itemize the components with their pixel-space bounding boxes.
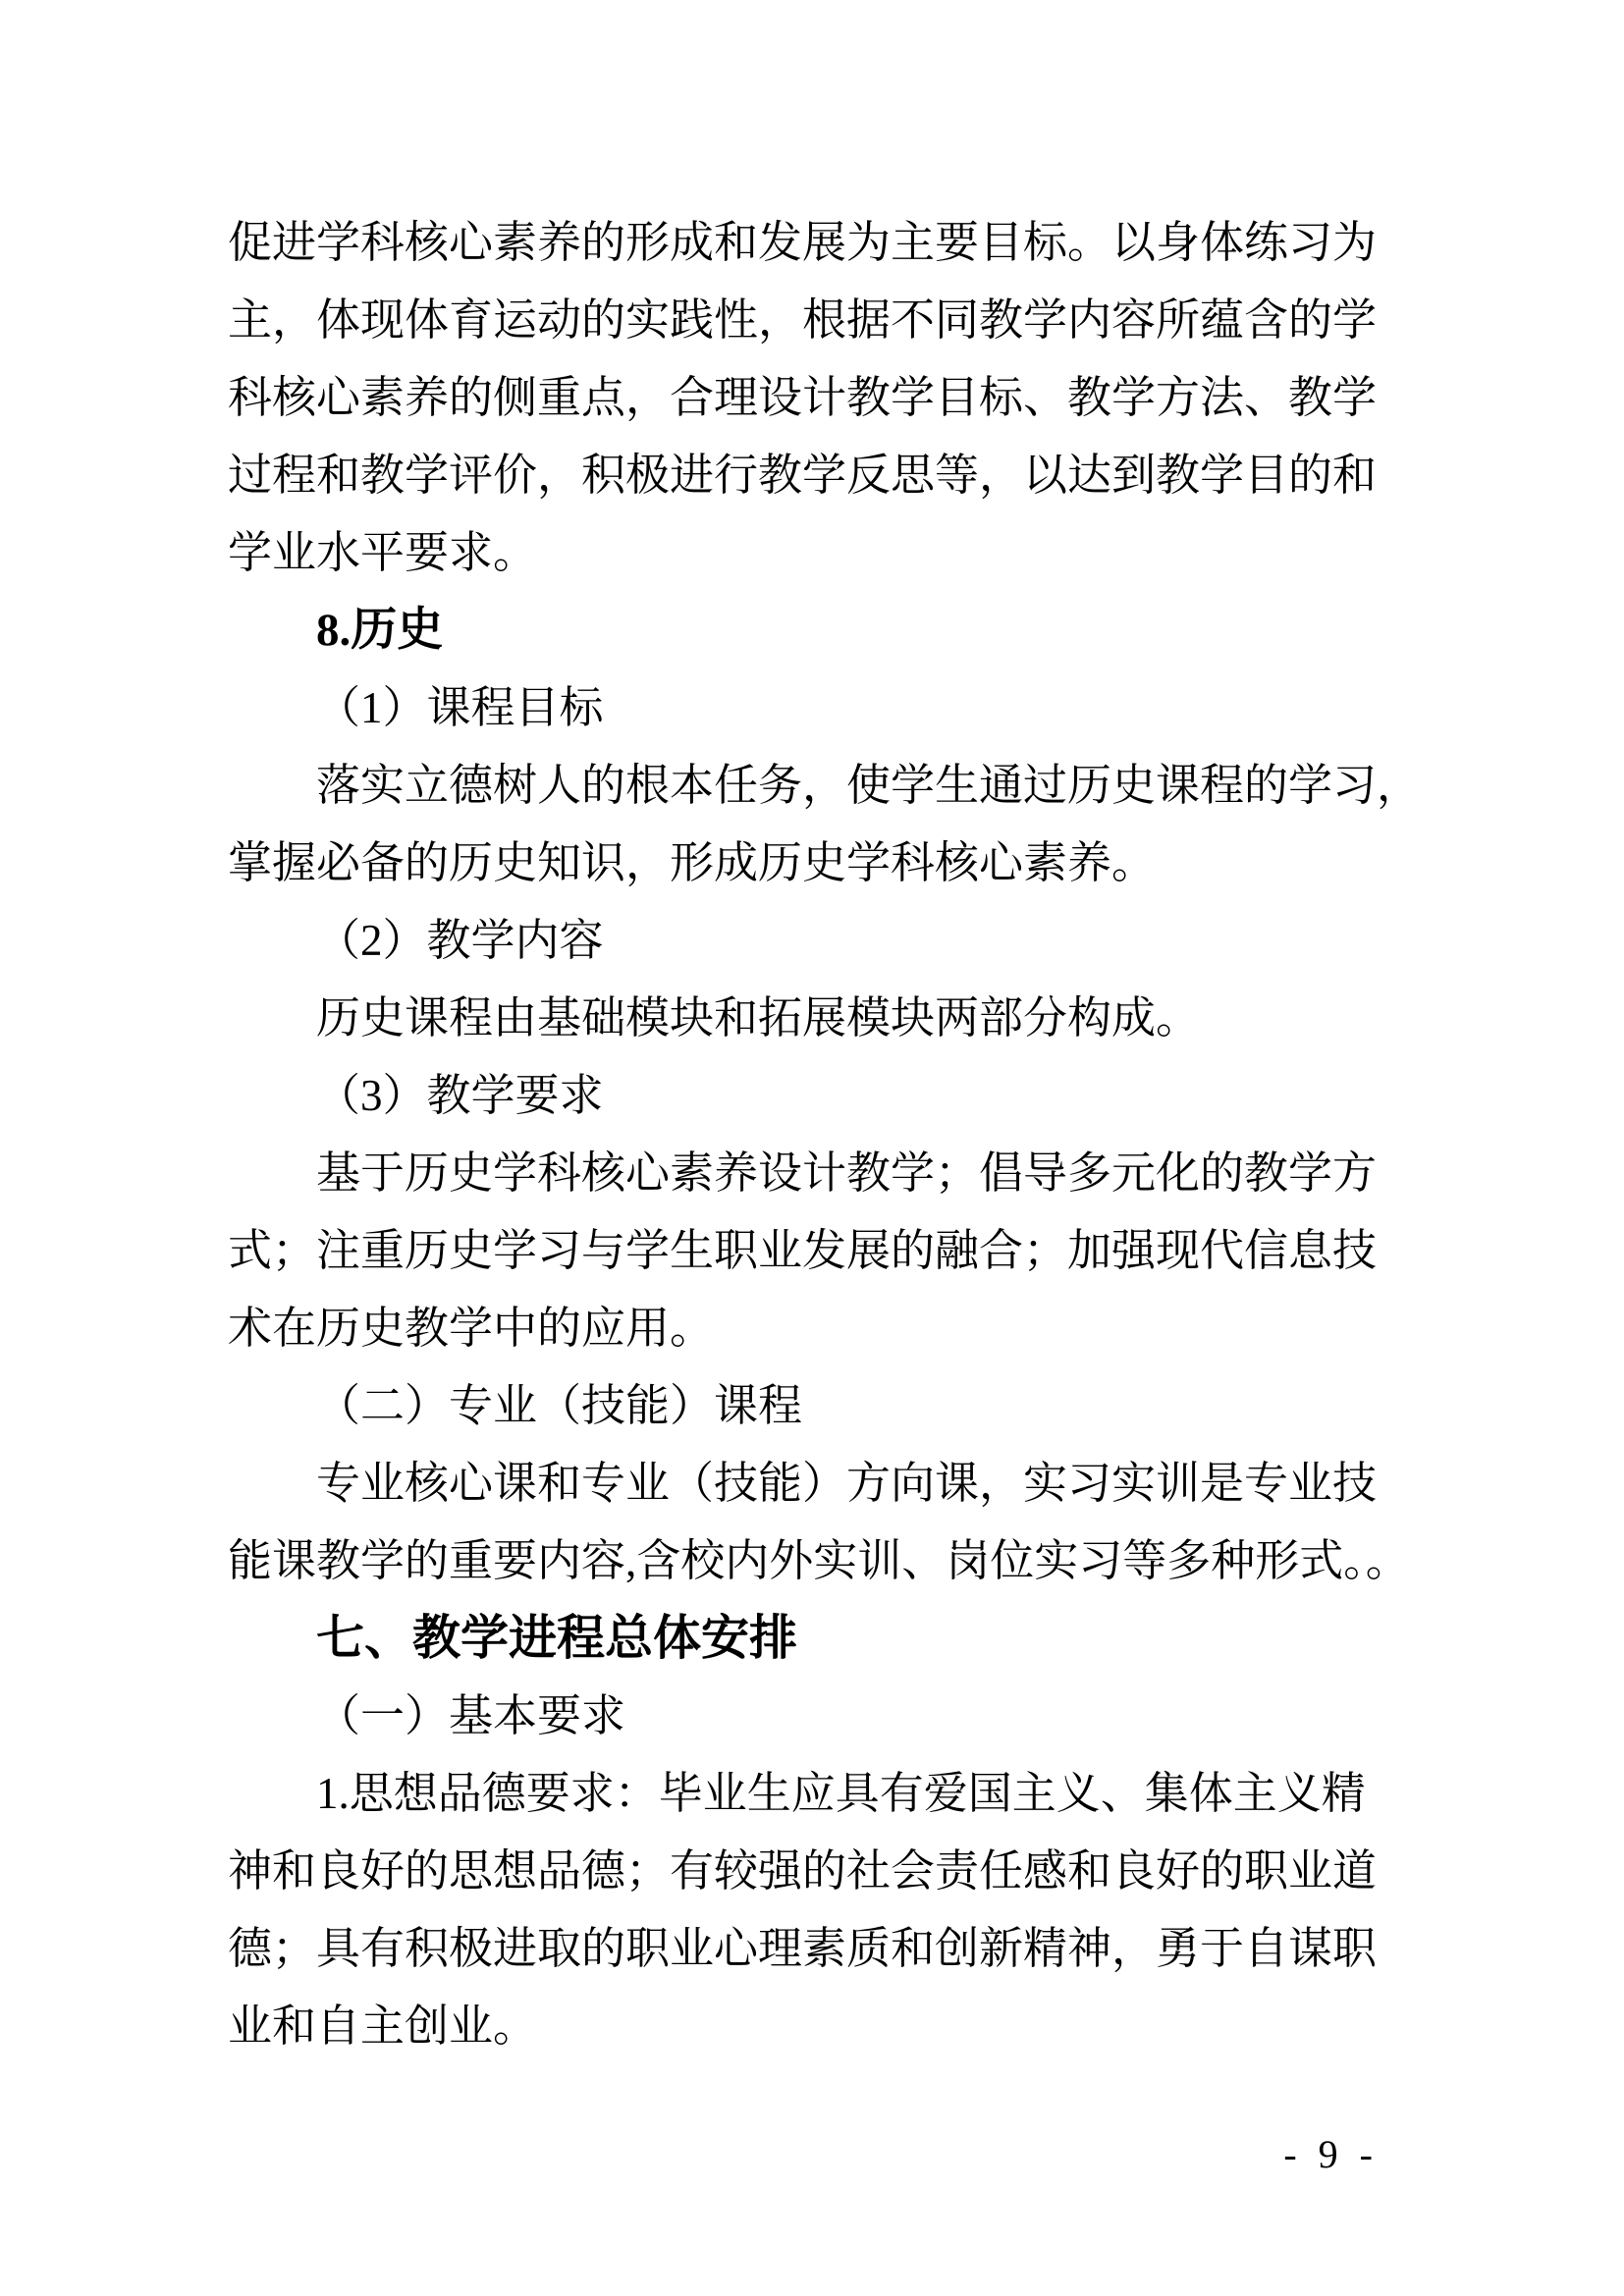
paragraph-line: 掌握必备的历史知识，形成历史学科核心素养。 <box>228 825 1379 902</box>
subheading-1-course-goals: （1）课程目标 <box>228 669 1379 747</box>
page-number: - 9 - <box>228 2120 1379 2189</box>
heading-8-history: 8.历史 <box>228 592 1379 669</box>
subheading-1-basic-requirements: （一）基本要求 <box>228 1678 1379 1755</box>
subheading-2-major-skill-courses: （二）专业（技能）课程 <box>228 1367 1379 1445</box>
paragraph-line: 主，体现体育运动的实践性，根据不同教学内容所蕴含的学 <box>228 282 1379 359</box>
paragraph-line: 促进学科核心素养的形成和发展为主要目标。以身体练习为 <box>228 204 1379 282</box>
subheading-2-teaching-content: （2）教学内容 <box>228 902 1379 980</box>
paragraph-line: 德；具有积极进取的职业心理素质和创新精神，勇于自谋职 <box>228 1910 1379 1988</box>
paragraph-line: 业和自主创业。 <box>228 1988 1379 2065</box>
paragraph-line: 式；注重历史学习与学生职业发展的融合；加强现代信息技 <box>228 1212 1379 1290</box>
paragraph-line: 科核心素养的侧重点，合理设计教学目标、教学方法、教学 <box>228 359 1379 437</box>
paragraph-line: 专业核心课和专业（技能）方向课，实习实训是专业技 <box>228 1445 1379 1522</box>
document-page: 促进学科核心素养的形成和发展为主要目标。以身体练习为 主，体现体育运动的实践性，… <box>0 0 1624 2296</box>
paragraph-line: 术在历史教学中的应用。 <box>228 1290 1379 1367</box>
paragraph-line: 学业水平要求。 <box>228 514 1379 592</box>
document-body: 促进学科核心素养的形成和发展为主要目标。以身体练习为 主，体现体育运动的实践性，… <box>228 204 1379 2065</box>
paragraph-line: 能课教学的重要内容,含校内外实训、岗位实习等多种形式。。 <box>228 1522 1379 1600</box>
paragraph-line: 神和良好的思想品德；有较强的社会责任感和良好的职业道 <box>228 1833 1379 1910</box>
paragraph-line: 基于历史学科核心素养设计教学；倡导多元化的教学方 <box>228 1135 1379 1212</box>
paragraph-line: 1.思想品德要求：毕业生应具有爱国主义、集体主义精 <box>228 1755 1379 1833</box>
subheading-3-teaching-requirements: （3）教学要求 <box>228 1057 1379 1135</box>
heading-7-teaching-schedule: 七、教学进程总体安排 <box>228 1600 1379 1678</box>
paragraph-line: 落实立德树人的根本任务，使学生通过历史课程的学习， <box>228 747 1379 825</box>
paragraph-line: 历史课程由基础模块和拓展模块两部分构成。 <box>228 980 1379 1057</box>
paragraph-line: 过程和教学评价，积极进行教学反思等，以达到教学目的和 <box>228 437 1379 514</box>
